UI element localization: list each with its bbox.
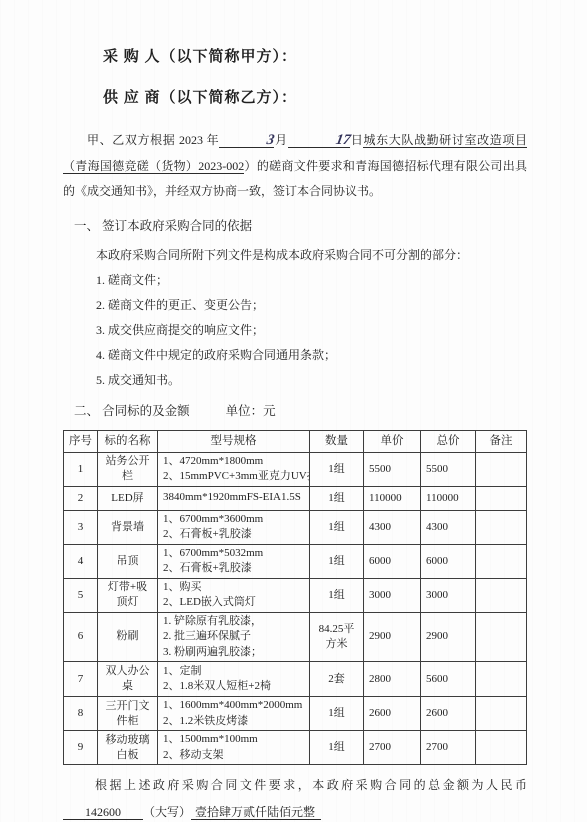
cell-spec: 1、1500mm*100mm2、移动支架 bbox=[158, 731, 310, 765]
total-amount-paragraph: 根据上述政府采购合同文件要求，本政府采购合同的总金额为人民币142600（大写）… bbox=[63, 772, 527, 822]
cell-spec: 3840mm*1920mmFS-EIA1.5S bbox=[158, 486, 310, 510]
col-header-name: 标的名称 bbox=[98, 430, 158, 452]
spec-line: 1、4720mm*1800mm bbox=[163, 454, 304, 470]
cell-note bbox=[476, 544, 527, 578]
spec-line: 2、石膏板+乳胶漆 bbox=[163, 561, 304, 577]
cell-total: 2700 bbox=[421, 731, 476, 765]
cell-note bbox=[476, 731, 527, 765]
cell-spec: 1、4720mm*1800mm2、15mmPVC+3mm亚克力UV打印 bbox=[158, 452, 310, 486]
cell-qty: 2套 bbox=[310, 662, 364, 697]
party-b-line: 供 应 商（以下简称乙方）： bbox=[63, 87, 527, 109]
cell-name: 站务公开栏 bbox=[98, 452, 158, 486]
spec-line: 2、1.8米双人短柜+2椅 bbox=[163, 679, 304, 695]
spec-line: 3. 粉刷两遍乳胶漆； bbox=[163, 645, 304, 661]
day-label: 日 bbox=[350, 133, 363, 147]
handwritten-month-slot: 3 bbox=[219, 133, 274, 148]
cell-unit-price: 3000 bbox=[364, 578, 421, 612]
col-header-qty: 数量 bbox=[310, 430, 364, 452]
cell-name: LED屏 bbox=[98, 486, 158, 510]
section2-heading-line: 二、 合同标的及金额单位：元 bbox=[63, 399, 527, 424]
cell-unit-price: 2700 bbox=[364, 731, 421, 765]
cell-no: 9 bbox=[64, 731, 98, 765]
cell-note bbox=[476, 612, 527, 662]
intro-paragraph: 甲、乙双方根据 2023 年3月17日城东大队战勤研讨室改造项目（青海国德竞磋（… bbox=[63, 128, 527, 205]
section2-heading: 二、 合同标的及金额 bbox=[74, 404, 190, 418]
section1-item-3: 3. 成交供应商提交的响应文件； bbox=[63, 318, 527, 343]
cell-name: 背景墙 bbox=[98, 510, 158, 544]
cell-unit-price: 4300 bbox=[364, 510, 421, 544]
cell-unit-price: 2600 bbox=[364, 697, 421, 731]
cell-note bbox=[476, 452, 527, 486]
spec-line: 1、1500mm*100mm bbox=[163, 732, 304, 748]
cell-no: 7 bbox=[64, 662, 98, 697]
cell-unit-price: 6000 bbox=[364, 544, 421, 578]
spec-line: 1、定制 bbox=[163, 664, 304, 680]
col-header-total: 总价 bbox=[421, 430, 476, 452]
spec-line: 2、移动支架 bbox=[163, 748, 304, 764]
cell-qty: 1组 bbox=[310, 510, 364, 544]
handwritten-month: 3 bbox=[242, 133, 276, 147]
section1-item-2: 2. 磋商文件的更正、变更公告； bbox=[63, 293, 527, 318]
cell-total: 3000 bbox=[421, 578, 476, 612]
cell-no: 1 bbox=[64, 452, 98, 486]
cell-qty: 1组 bbox=[310, 697, 364, 731]
cell-name: 双人办公桌 bbox=[98, 662, 158, 697]
cell-total: 6000 bbox=[421, 544, 476, 578]
cell-qty: 1组 bbox=[310, 452, 364, 486]
cell-spec: 1. 铲除原有乳胶漆，2. 批三遍环保腻子3. 粉刷两遍乳胶漆； bbox=[158, 612, 310, 662]
footer-lead: 根据上述政府采购合同文件要求，本政府采购合同的总金额为人民币 bbox=[95, 778, 527, 792]
cell-no: 6 bbox=[64, 612, 98, 662]
cell-spec: 1、6700mm*5032mm2、石膏板+乳胶漆 bbox=[158, 544, 310, 578]
table-row: 2 LED屏 3840mm*1920mmFS-EIA1.5S 1组 110000… bbox=[64, 486, 527, 510]
cell-unit-price: 2800 bbox=[364, 662, 421, 697]
intro-prefix: 甲、乙双方根据 2023 年 bbox=[87, 133, 219, 147]
month-label: 月 bbox=[274, 133, 287, 147]
table-row: 7 双人办公桌 1、定制2、1.8米双人短柜+2椅 2套 2800 5600 bbox=[64, 662, 527, 697]
cell-total: 2600 bbox=[421, 697, 476, 731]
section1-heading: 一、 签订本政府采购合同的依据 bbox=[63, 214, 527, 239]
cell-no: 8 bbox=[64, 697, 98, 731]
table-row: 4 吊顶 1、6700mm*5032mm2、石膏板+乳胶漆 1组 6000 60… bbox=[64, 544, 527, 578]
spec-line: 2. 批三遍环保腻子 bbox=[163, 629, 304, 645]
cell-spec: 1、6700mm*3600mm2、石膏板+乳胶漆 bbox=[158, 510, 310, 544]
cell-total: 5600 bbox=[421, 662, 476, 697]
cell-no: 3 bbox=[64, 510, 98, 544]
spec-line: 3840mm*1920mmFS-EIA1.5S bbox=[163, 490, 304, 506]
cell-name: 灯带+吸顶灯 bbox=[98, 578, 158, 612]
cell-unit-price: 2900 bbox=[364, 612, 421, 662]
table-row: 8 三开门文件柜 1、1600mm*400mm*2000mm2、1.2米铁皮烤漆… bbox=[64, 697, 527, 731]
cell-qty: 84.25平方米 bbox=[310, 612, 364, 662]
cell-note bbox=[476, 662, 527, 697]
section1-item-4: 4. 磋商文件中规定的政府采购合同通用条款； bbox=[63, 343, 527, 368]
cell-name: 粉刷 bbox=[98, 612, 158, 662]
spec-line: 2、LED嵌入式筒灯 bbox=[163, 595, 304, 611]
table-row: 9 移动玻璃白板 1、1500mm*100mm2、移动支架 1组 2700 27… bbox=[64, 731, 527, 765]
cell-no: 5 bbox=[64, 578, 98, 612]
cell-total: 2900 bbox=[421, 612, 476, 662]
unit-label: 单位：元 bbox=[226, 404, 276, 418]
contract-document-page: 采 购 人（以下简称甲方）： 供 应 商（以下简称乙方）： 甲、乙双方根据 20… bbox=[0, 0, 587, 822]
cell-qty: 1组 bbox=[310, 731, 364, 765]
table-row: 3 背景墙 1、6700mm*3600mm2、石膏板+乳胶漆 1组 4300 4… bbox=[64, 510, 527, 544]
cell-spec: 1、购买2、LED嵌入式筒灯 bbox=[158, 578, 310, 612]
handwritten-day: 17 bbox=[311, 133, 352, 147]
spec-line: 1、购买 bbox=[163, 580, 304, 596]
table-row: 6 粉刷 1. 铲除原有乳胶漆，2. 批三遍环保腻子3. 粉刷两遍乳胶漆； 84… bbox=[64, 612, 527, 662]
total-amount-figure: 142600 bbox=[63, 805, 143, 820]
col-header-spec: 型号规格 bbox=[158, 430, 310, 452]
party-a-line: 采 购 人（以下简称甲方）： bbox=[63, 46, 527, 68]
col-header-note: 备注 bbox=[476, 430, 527, 452]
cell-qty: 1组 bbox=[310, 578, 364, 612]
spec-line: 1、6700mm*3600mm bbox=[163, 512, 304, 528]
cell-name: 移动玻璃白板 bbox=[98, 731, 158, 765]
section1-lead: 本政府采购合同所附下列文件是构成本政府采购合同不可分割的部分： bbox=[63, 243, 527, 268]
goods-table: 序号 标的名称 型号规格 数量 单价 总价 备注 1 站务公开栏 1、4720m… bbox=[63, 430, 527, 766]
col-header-no: 序号 bbox=[64, 430, 98, 452]
spec-line: 1. 铲除原有乳胶漆， bbox=[163, 614, 304, 630]
cell-note bbox=[476, 697, 527, 731]
table-header-row: 序号 标的名称 型号规格 数量 单价 总价 备注 bbox=[64, 430, 527, 452]
spec-line: 2、15mmPVC+3mm亚克力UV打印 bbox=[163, 469, 304, 485]
spec-line: 2、1.2米铁皮烤漆 bbox=[163, 714, 304, 730]
daxie-label: （大写） bbox=[143, 805, 191, 819]
section1-item-1: 1. 磋商文件； bbox=[63, 268, 527, 293]
cell-spec: 1、1600mm*400mm*2000mm2、1.2米铁皮烤漆 bbox=[158, 697, 310, 731]
cell-name: 吊顶 bbox=[98, 544, 158, 578]
cell-qty: 1组 bbox=[310, 544, 364, 578]
cell-qty: 1组 bbox=[310, 486, 364, 510]
handwritten-day-slot: 17 bbox=[288, 133, 351, 148]
cell-note bbox=[476, 578, 527, 612]
cell-total: 110000 bbox=[421, 486, 476, 510]
spec-line: 1、1600mm*400mm*2000mm bbox=[163, 698, 304, 714]
cell-unit-price: 5500 bbox=[364, 452, 421, 486]
cell-total: 5500 bbox=[421, 452, 476, 486]
total-amount-words: 壹拾肆万贰仟陆佰元整 bbox=[191, 805, 321, 820]
table-row: 5 灯带+吸顶灯 1、购买2、LED嵌入式筒灯 1组 3000 3000 bbox=[64, 578, 527, 612]
table-row: 1 站务公开栏 1、4720mm*1800mm2、15mmPVC+3mm亚克力U… bbox=[64, 452, 527, 486]
cell-note bbox=[476, 510, 527, 544]
cell-total: 4300 bbox=[421, 510, 476, 544]
cell-name: 三开门文件柜 bbox=[98, 697, 158, 731]
cell-note bbox=[476, 486, 527, 510]
cell-no: 2 bbox=[64, 486, 98, 510]
cell-unit-price: 110000 bbox=[364, 486, 421, 510]
section1-item-5: 5. 成交通知书。 bbox=[63, 368, 527, 393]
cell-spec: 1、定制2、1.8米双人短柜+2椅 bbox=[158, 662, 310, 697]
spec-line: 1、6700mm*5032mm bbox=[163, 546, 304, 562]
spec-line: 2、石膏板+乳胶漆 bbox=[163, 527, 304, 543]
col-header-unit-price: 单价 bbox=[364, 430, 421, 452]
cell-no: 4 bbox=[64, 544, 98, 578]
